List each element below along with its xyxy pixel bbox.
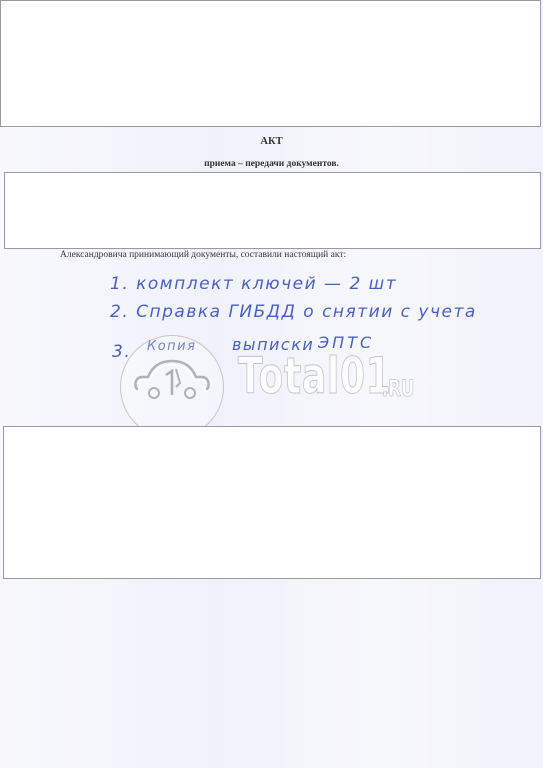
handwritten-item-3-word-2: выписки (232, 335, 314, 354)
document-title: АКТ (0, 136, 543, 147)
redacted-region-top (0, 0, 541, 127)
handwritten-item-2: 2. Справка ГИБДД о снятии с учета (110, 302, 477, 322)
handwritten-item-3-word-3: ЭПТС (318, 333, 374, 352)
item-number: 2. (110, 302, 129, 322)
redacted-region-middle (4, 172, 541, 249)
handwritten-item-1: 1. комплект ключей — 2 шт (110, 274, 397, 294)
handwritten-item-3-number: 3. (112, 342, 131, 362)
item-number: 1. (110, 274, 129, 294)
document-body-line: Александровича принимающий документы, со… (60, 250, 346, 260)
handwritten-item-3-word-1: Копия (147, 339, 196, 354)
item-text: комплект ключей — 2 шт (136, 274, 397, 294)
document-subtitle: приема – передачи документов. (0, 159, 543, 169)
item-text: Справка ГИБДД о снятии с учета (136, 302, 477, 322)
redacted-region-bottom (3, 426, 541, 579)
